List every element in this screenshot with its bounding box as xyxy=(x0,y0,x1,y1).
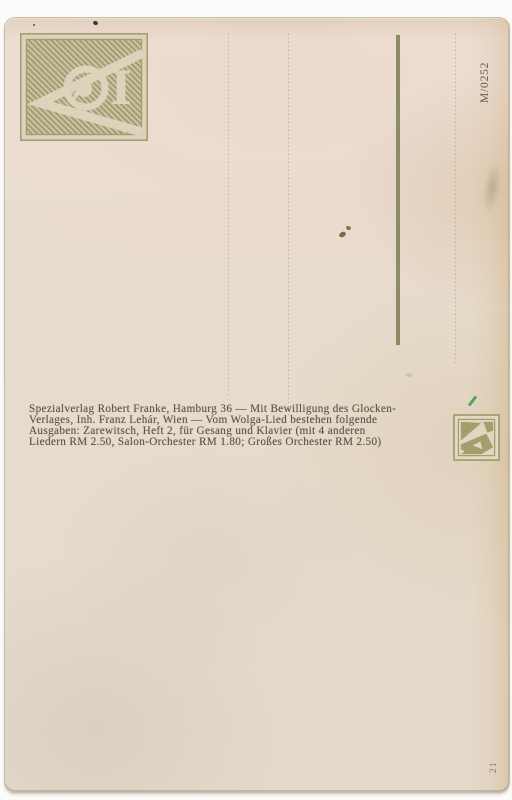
dotted-rule-line xyxy=(228,34,229,396)
plate-number: 21 xyxy=(489,733,499,773)
green-smudge xyxy=(406,373,412,377)
publisher-imprint-text: Spezialverlag Robert Franke, Hamburg 36 … xyxy=(29,404,465,448)
brown-speck xyxy=(338,231,347,239)
imprint-line: Liedern RM 2.50, Salon-Orchester RM 1.80… xyxy=(29,437,465,448)
publisher-monogram-logo-icon: I xyxy=(20,33,148,141)
svg-text:I: I xyxy=(110,61,132,115)
postcard-scan: I M/0252 Spezialverlag Robert Franke, Ha… xyxy=(0,0,512,800)
dark-speck xyxy=(92,20,98,26)
postcard-back: I M/0252 Spezialverlag Robert Franke, Ha… xyxy=(5,18,509,792)
edge-stain xyxy=(476,152,508,224)
dotted-rule-line xyxy=(455,34,456,364)
serial-number: M/0252 xyxy=(479,33,491,103)
dotted-rule-line xyxy=(288,34,289,418)
brown-speck xyxy=(345,225,351,230)
publisher-mini-logo-icon xyxy=(453,414,500,461)
dark-speck xyxy=(33,24,35,26)
green-ink-mark xyxy=(468,395,478,406)
divider-line xyxy=(396,35,400,345)
